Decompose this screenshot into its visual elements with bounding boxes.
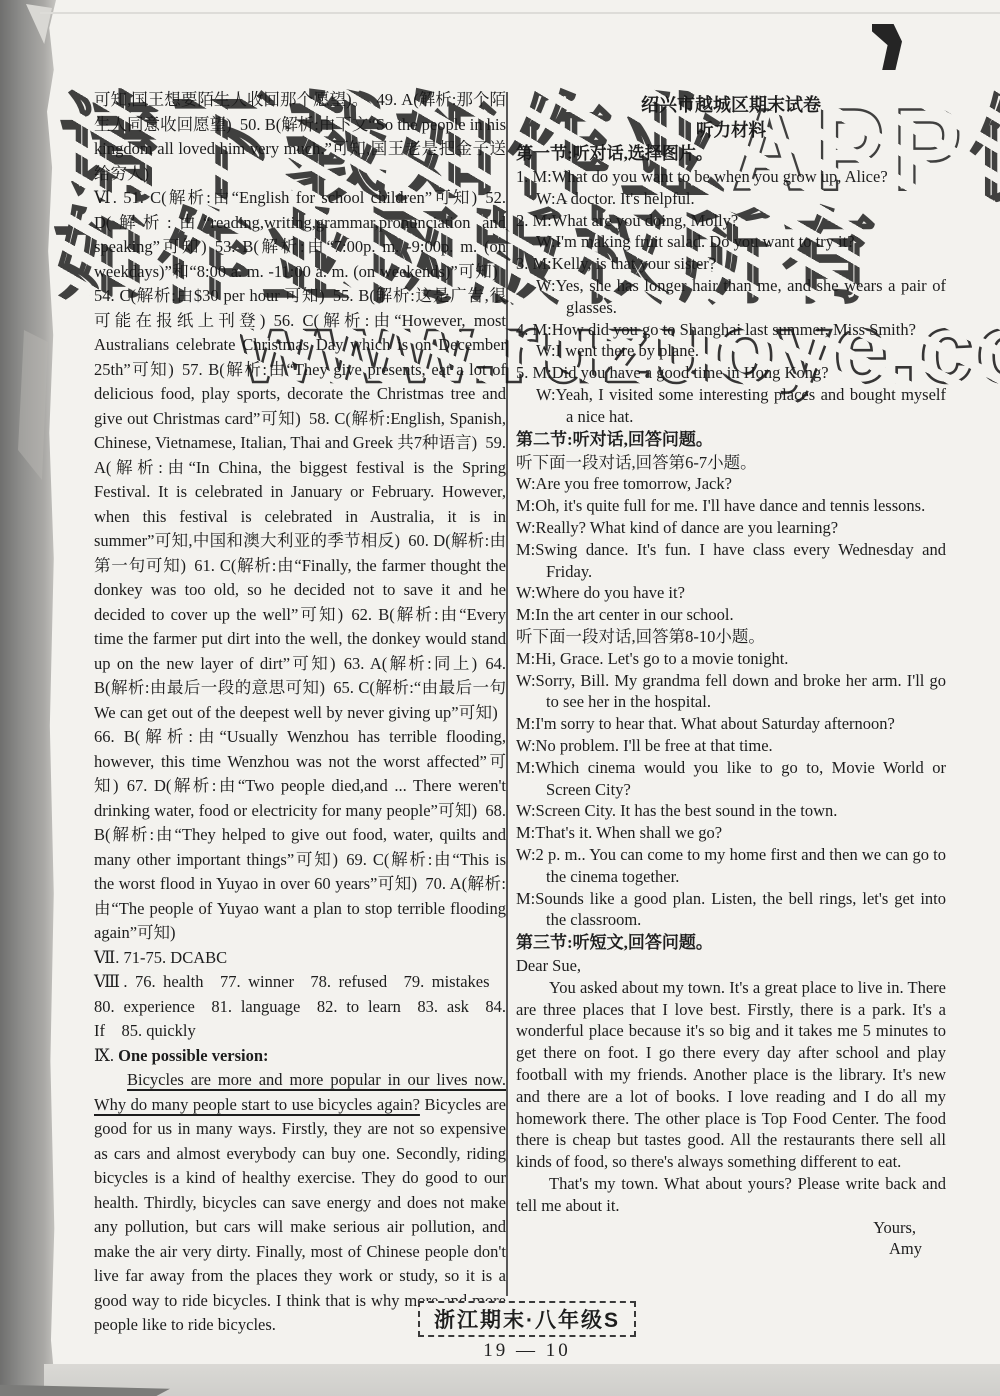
letter-signature: Amy (516, 1238, 946, 1260)
scanner-left-edge (0, 0, 56, 1396)
dialogue-line: W:2 p. m.. You can come to my home first… (516, 844, 946, 888)
page-content-area: 可知,国王想要陌生人收回那个愿望)。 49. A(解析:那个陌生人同意收回愿望)… (54, 0, 1000, 1366)
letter-salutation: Dear Sue, (516, 955, 946, 977)
dialogue-line: 5. M:Did you have a good time in Hong Ko… (516, 362, 946, 384)
dialogue-line: 4. M:How did you go to Shanghai last sum… (516, 319, 946, 341)
section-2-heading: 第二节:听对话,回答问题。 (516, 428, 946, 452)
dialogue-line: M:Swing dance. It's fun. I have class ev… (516, 539, 946, 583)
ink-blot-mark (872, 24, 902, 70)
dialogue-line: W:I went there by plane. (536, 340, 946, 362)
section-1-dialogues: 1. M:What do you want to be when you gro… (516, 166, 946, 428)
dialogue-line: M:In the art center in our school. (516, 604, 946, 626)
page-number: 19 — 10 (54, 1340, 1000, 1362)
dialogue-line: W:I'm making fruit salad. Do you want to… (536, 231, 946, 253)
section-8-answers: Ⅷ. 76. health 77. winner 78. refused 79.… (94, 970, 506, 1044)
listening-material-subtitle: 听力材料 (516, 118, 946, 142)
section-7-text: 71-75. DCABC (124, 948, 228, 967)
model-essay: Bicycles are more and more popular in ou… (94, 1068, 506, 1338)
section-6-text: 51. C(解析:由“English for school children”可… (94, 188, 506, 942)
section-2-sub-heading-2: 听下面一段对话,回答第8-10小题。 (516, 626, 946, 648)
section-6-numeral: Ⅵ. (94, 188, 117, 207)
dialogue-line: 3. M:Kelly, is that your sister? (516, 253, 946, 275)
scanner-bottom-edge (44, 1364, 1000, 1396)
dialogue-line: W:Yeah, I visited some interesting place… (536, 384, 946, 428)
answers-intro-paragraph: 可知,国王想要陌生人收回那个愿望)。 49. A(解析:那个陌生人同意收回愿望)… (94, 88, 506, 186)
dialogue-line: M:Sounds like a good plan. Listen, the b… (516, 888, 946, 932)
dialogue-line: M:Hi, Grace. Let's go to a movie tonight… (516, 648, 946, 670)
section-1-heading: 第一节:听对话,选择图片。 (516, 142, 946, 166)
scanned-answer-page: { "watermark": { "line1": "请下载如作业APP使用",… (0, 0, 1000, 1396)
dialogue-line: W:Sorry, Bill. My grandma fell down and … (516, 670, 946, 714)
dialogue-line: W:Are you free tomorrow, Jack? (516, 473, 946, 495)
page-footer: 浙江期末·八年级S 19 — 10 (54, 1301, 1000, 1362)
dialogue-line: 1. M:What do you want to be when you gro… (516, 166, 946, 188)
dialogue-line: M:Which cinema would you like to go to, … (516, 757, 946, 801)
dialogue-line: M:I'm sorry to hear that. What about Sat… (516, 713, 946, 735)
section-3-heading: 第三节:听短文,回答问题。 (516, 931, 946, 955)
section-7-answers: Ⅶ. 71-75. DCABC (94, 946, 506, 971)
dialogue-line: W:Yes, she has longer hair than me, and … (536, 275, 946, 319)
section-9-numeral: Ⅸ. (94, 1046, 114, 1065)
dialogue-line: 2. M:What are you doing, Molly? (516, 210, 946, 232)
section-7-numeral: Ⅶ. (94, 948, 119, 967)
exam-title: 绍兴市越城区期末试卷 (516, 92, 946, 118)
section-9-heading: Ⅸ. One possible version: (94, 1044, 506, 1069)
column-divider-rule (506, 92, 508, 1296)
letter-paragraph-1: You asked about my town. It's a great pl… (516, 977, 946, 1173)
dialogue-line: M:That's it. When shall we go? (516, 822, 946, 844)
section-6-answers: Ⅵ. 51. C(解析:由“English for school childre… (94, 186, 506, 946)
section-8-text: 76. health 77. winner 78. refused 79. mi… (94, 972, 506, 1040)
section-2-sub-heading-1: 听下面一段对话,回答第6-7小题。 (516, 452, 946, 474)
section-9-label: One possible version: (118, 1046, 268, 1065)
right-column: 绍兴市越城区期末试卷 听力材料 第一节:听对话,选择图片。 1. M:What … (516, 92, 946, 1260)
dialogue-line: W:Where do you have it? (516, 582, 946, 604)
letter-paragraph-2: That's my town. What about yours? Please… (516, 1173, 946, 1217)
dialogue-line: W:Screen City. It has the best sound in … (516, 800, 946, 822)
book-title-badge: 浙江期末·八年级S (418, 1301, 636, 1337)
left-column: 可知,国王想要陌生人收回那个愿望)。 49. A(解析:那个陌生人同意收回愿望)… (94, 88, 506, 1338)
section-2-dialogue-1: W:Are you free tomorrow, Jack?M:Oh, it's… (516, 473, 946, 626)
dialogue-line: W:A doctor. It's helpful. (536, 188, 946, 210)
dialogue-line: W:No problem. I'll be free at that time. (516, 735, 946, 757)
section-2-dialogue-2: M:Hi, Grace. Let's go to a movie tonight… (516, 648, 946, 931)
dialogue-line: M:Oh, it's quite full for me. I'll have … (516, 495, 946, 517)
section-8-numeral: Ⅷ. (94, 972, 128, 991)
essay-body: Bicycles are good for us in many ways. F… (94, 1095, 506, 1335)
dialogue-line: W:Really? What kind of dance are you lea… (516, 517, 946, 539)
letter-closing: Yours, (516, 1217, 946, 1239)
